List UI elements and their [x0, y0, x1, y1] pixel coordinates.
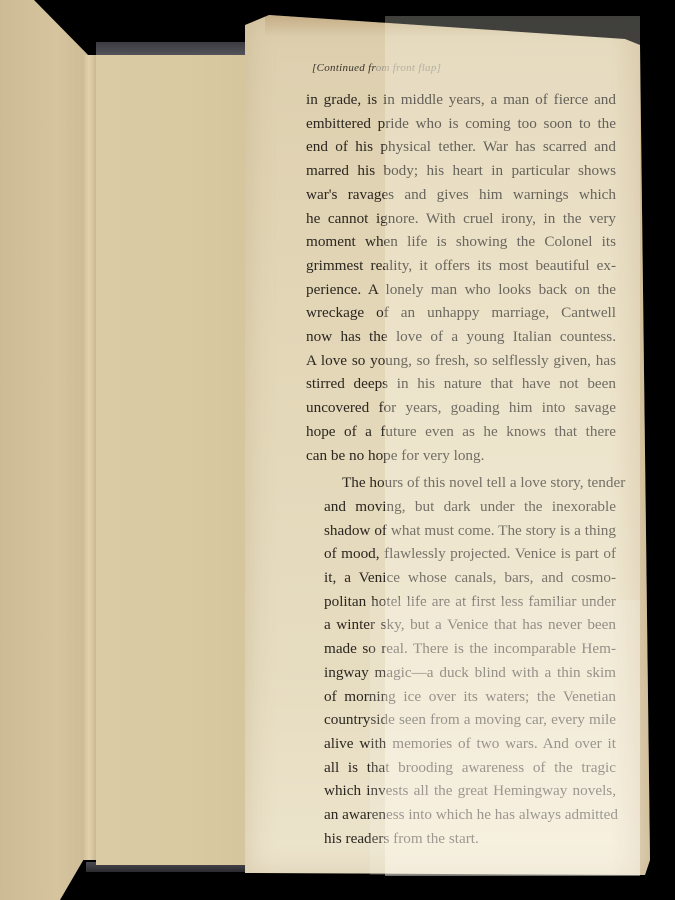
front-cover-board — [0, 0, 95, 900]
text-line: of mood, flawlessly projected. Venice is… — [306, 542, 616, 566]
text-line: alive with memories of two wars. And ove… — [306, 732, 616, 756]
photo-scene: [Continued from front flap] in grade, is… — [0, 0, 675, 900]
top-stain — [265, 15, 645, 37]
text-line: can be no hope for very long. — [306, 444, 616, 468]
text-line: ingway magic—a duck blind with a thin sk… — [306, 661, 616, 685]
text-line: uncovered for years, goading him into sa… — [306, 396, 616, 420]
text-line: marred his body; his heart in particular… — [306, 159, 616, 183]
continued-header-suffix: om front flap] — [376, 62, 442, 74]
text-line: it, a Venice whose canals, bars, and cos… — [306, 566, 616, 590]
paragraph-2: The hours of this novel tell a love stor… — [306, 471, 616, 850]
continued-header-prefix: [Continued fr — [312, 62, 376, 74]
text-line: perience. A lonely man who looks back on… — [306, 278, 616, 302]
text-line: politan hotel life are at first less fam… — [306, 590, 616, 614]
text-line: all is that brooding awareness of the tr… — [306, 756, 616, 780]
text-line: stirred deeps in his nature that have no… — [306, 372, 616, 396]
text-line: in grade, is in middle years, a man of f… — [306, 88, 616, 112]
text-line: A love so young, so fresh, so selflessly… — [306, 349, 616, 373]
text-line: end of his physical tether. War has scar… — [306, 135, 616, 159]
text-line: shadow of what must come. The story is a… — [306, 519, 616, 543]
text-line: hope of a future even as he knows that t… — [306, 420, 616, 444]
text-line: countryside seen from a moving car, ever… — [306, 708, 616, 732]
paragraph-1: in grade, is in middle years, a man of f… — [306, 88, 616, 467]
text-line: a winter sky, but a Venice that has neve… — [306, 613, 616, 637]
text-line: made so real. There is the incomparable … — [306, 637, 616, 661]
flap-text: [Continued from front flap] in grade, is… — [306, 62, 616, 851]
text-line: he cannot ignore. With cruel irony, in t… — [306, 207, 616, 231]
text-line: embittered pride who is coming too soon … — [306, 112, 616, 136]
text-line: of morning ice over its waters; the Vene… — [306, 685, 616, 709]
endpaper-page — [96, 55, 271, 865]
book-cloth-top — [96, 42, 271, 56]
text-line: an awareness into which he has always ad… — [306, 803, 616, 827]
edge-stain — [610, 15, 650, 877]
text-line: his readers from the start. — [306, 827, 616, 851]
text-line: The hours of this novel tell a love stor… — [306, 471, 616, 495]
text-line: wreckage of an unhappy marriage, Cantwel… — [306, 301, 616, 325]
continued-header: [Continued from front flap] — [312, 62, 616, 74]
text-line: now has the love of a young Italian coun… — [306, 325, 616, 349]
text-line: moment when life is showing the Colonel … — [306, 230, 616, 254]
text-line: and moving, but dark under the inexorabl… — [306, 495, 616, 519]
text-line: war's ravages and gives him warnings whi… — [306, 183, 616, 207]
text-line: which invests all the great Hemingway no… — [306, 779, 616, 803]
text-line: grimmest reality, it offers its most bea… — [306, 254, 616, 278]
cover-edge — [82, 55, 96, 860]
